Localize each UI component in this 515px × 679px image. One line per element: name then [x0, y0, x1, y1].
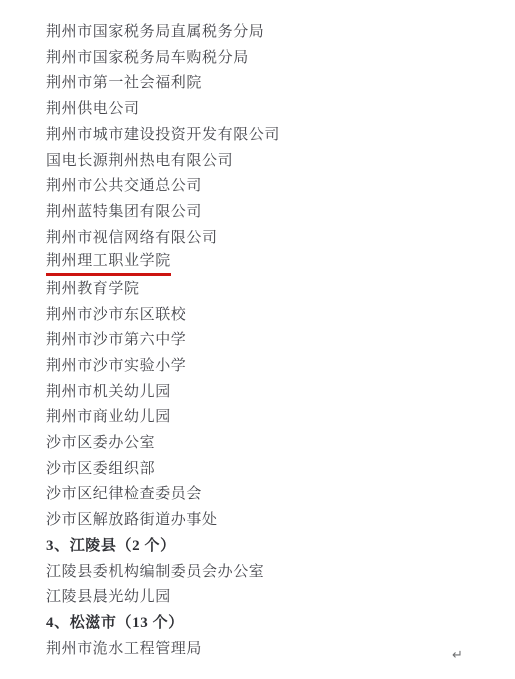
list-item-text: 沙市区纪律检查委员会	[46, 485, 202, 504]
list-item: 荆州蓝特集团有限公司	[46, 200, 505, 226]
list-item-text: 荆州市商业幼儿园	[46, 408, 171, 427]
list-item: 荆州供电公司	[46, 97, 505, 123]
list-item: 荆州市国家税务局车购税分局	[46, 46, 505, 72]
list-item-text: 荆州市沙市第六中学	[46, 331, 186, 350]
list-item: 荆州市国家税务局直属税务分局	[46, 20, 505, 46]
list-item-text: 荆州市城市建设投资开发有限公司	[46, 126, 280, 145]
list-item: 江陵县晨光幼儿园	[46, 585, 505, 611]
document-page: 荆州市国家税务局直属税务分局 荆州市国家税务局车购税分局 荆州市第一社会福利院 …	[0, 0, 515, 679]
list-item-text: 沙市区委组织部	[46, 460, 155, 479]
list-item: 荆州市机关幼儿园	[46, 380, 505, 406]
list-item: 沙市区解放路街道办事处	[46, 508, 505, 534]
list-item-text: 荆州市公共交通总公司	[46, 177, 202, 196]
list-item-text: 江陵县委机构编制委员会办公室	[46, 563, 264, 582]
section-heading-text: 4、松滋市（13 个）	[46, 614, 184, 633]
list-item-text: 沙市区解放路街道办事处	[46, 511, 218, 530]
list-item-text: 荆州市洈水工程管理局	[46, 640, 202, 659]
list-item-text: 荆州市沙市东区联校	[46, 306, 186, 325]
list-item-text: 荆州市第一社会福利院	[46, 74, 202, 93]
list-item: 荆州市洈水工程管理局	[46, 637, 505, 663]
section-heading-songzishi: 4、松滋市（13 个）	[46, 611, 505, 637]
list-item-text: 荆州市机关幼儿园	[46, 383, 171, 402]
list-item: 荆州市沙市东区联校	[46, 303, 505, 329]
list-item: 荆州市沙市第六中学	[46, 328, 505, 354]
list-item: 荆州市城市建设投资开发有限公司	[46, 123, 505, 149]
list-item-text: 荆州市沙市实验小学	[46, 357, 186, 376]
list-item-text: 荆州供电公司	[46, 100, 140, 119]
list-item: 沙市区委办公室	[46, 431, 505, 457]
list-item-text: 国电长源荆州热电有限公司	[46, 152, 233, 171]
list-item: 国电长源荆州热电有限公司	[46, 148, 505, 174]
list-item-text: 荆州市国家税务局直属税务分局	[46, 23, 264, 42]
list-item-text: 沙市区委办公室	[46, 434, 155, 453]
red-underlined-text: 荆州理工职业学院	[46, 252, 171, 276]
list-item: 沙市区委组织部	[46, 457, 505, 483]
list-item: 荆州市商业幼儿园	[46, 405, 505, 431]
list-item: 江陵县委机构编制委员会办公室	[46, 559, 505, 585]
list-item-text: 江陵县晨光幼儿园	[46, 588, 171, 607]
section-heading-text: 3、江陵县（2 个）	[46, 537, 176, 556]
organization-list: 荆州市国家税务局直属税务分局 荆州市国家税务局车购税分局 荆州市第一社会福利院 …	[46, 20, 505, 662]
list-item-text: 荆州市国家税务局车购税分局	[46, 49, 249, 68]
list-item: 荆州市公共交通总公司	[46, 174, 505, 200]
list-item: 荆州教育学院	[46, 277, 505, 303]
list-item-underlined: 荆州理工职业学院	[46, 251, 505, 277]
paragraph-return-icon: ↵	[452, 648, 463, 663]
list-item: 荆州市第一社会福利院	[46, 71, 505, 97]
section-heading-jianglingxian: 3、江陵县（2 个）	[46, 534, 505, 560]
list-item: 荆州市视信网络有限公司	[46, 226, 505, 252]
list-item: 荆州市沙市实验小学	[46, 354, 505, 380]
list-item-text: 荆州教育学院	[46, 280, 140, 299]
list-item-text: 荆州市视信网络有限公司	[46, 229, 218, 248]
list-item: 沙市区纪律检查委员会	[46, 482, 505, 508]
list-item-text: 荆州蓝特集团有限公司	[46, 203, 202, 222]
